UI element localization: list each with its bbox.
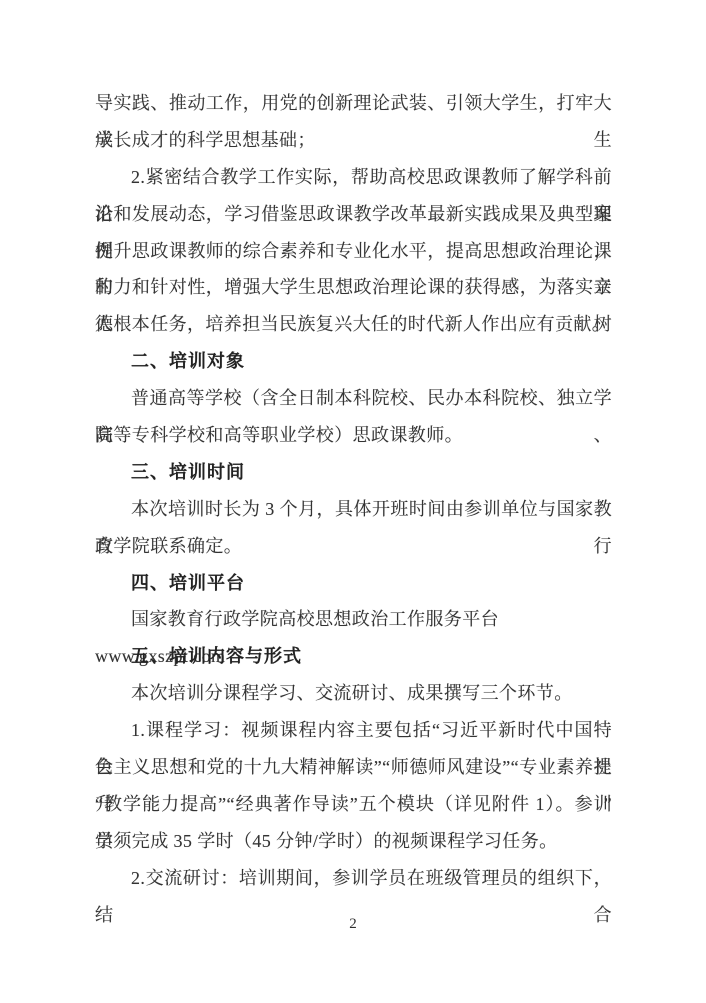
text-line: 本次培训时长为 3 个月，具体开班时间由参训单位与国家教育行 [95, 491, 612, 528]
text-line: 和力和针对性，增强大学生思想政治理论课的获得感，为落实立德树 [95, 269, 612, 306]
section-heading: 四、培训平台 [95, 565, 612, 602]
text-line: 本次培训分课程学习、交流研讨、成果撰写三个环节。 [95, 675, 612, 712]
text-line: 2.紧密结合教学工作实际，帮助高校思政课教师了解学科前沿理 [95, 159, 612, 196]
section-heading: 五、培训内容与形式 [95, 638, 612, 675]
text-line: 提升思政课教师的综合素养和专业化水平，提高思想政治理论课的亲 [95, 233, 612, 270]
text-line: 员须完成 35 学时（45 分钟/学时）的视频课程学习任务。 [95, 823, 612, 860]
text-line: 论和发展动态，学习借鉴思政课教学改革最新实践成果及典型案例， [95, 196, 612, 233]
text-line: 会主义思想和党的十九大精神解读”“师德师风建设”“专业素养提升” [95, 749, 612, 786]
page-number: 2 [0, 916, 706, 933]
text-line: 导实践、推动工作，用党的创新理论武装、引领大学生，打牢大学生 [95, 85, 612, 122]
section-heading: 二、培训对象 [95, 343, 612, 380]
text-block: 导实践、推动工作，用党的创新理论武装、引领大学生，打牢大学生成长成才的科学思想基… [95, 85, 612, 897]
text-line: 普通高等学校（含全日制本科院校、民办本科院校、独立学院、 [95, 380, 612, 417]
text-line: 2.交流研讨：培训期间，参训学员在班级管理员的组织下，结合 [95, 860, 612, 897]
document-page: 导实践、推动工作，用党的创新理论武装、引领大学生，打牢大学生成长成才的科学思想基… [0, 0, 706, 1003]
text-line: “教学能力提高”“经典著作导读”五个模块（详见附件 1）。参训学 [95, 786, 612, 823]
text-line: 国家教育行政学院高校思想政治工作服务平台 www.gxszpt.com [95, 601, 612, 638]
section-heading: 三、培训时间 [95, 454, 612, 491]
text-line: 人根本任务，培养担当民族复兴大任的时代新人作出应有贡献。 [95, 306, 612, 343]
text-line: 1.课程学习：视频课程内容主要包括“习近平新时代中国特色社 [95, 712, 612, 749]
